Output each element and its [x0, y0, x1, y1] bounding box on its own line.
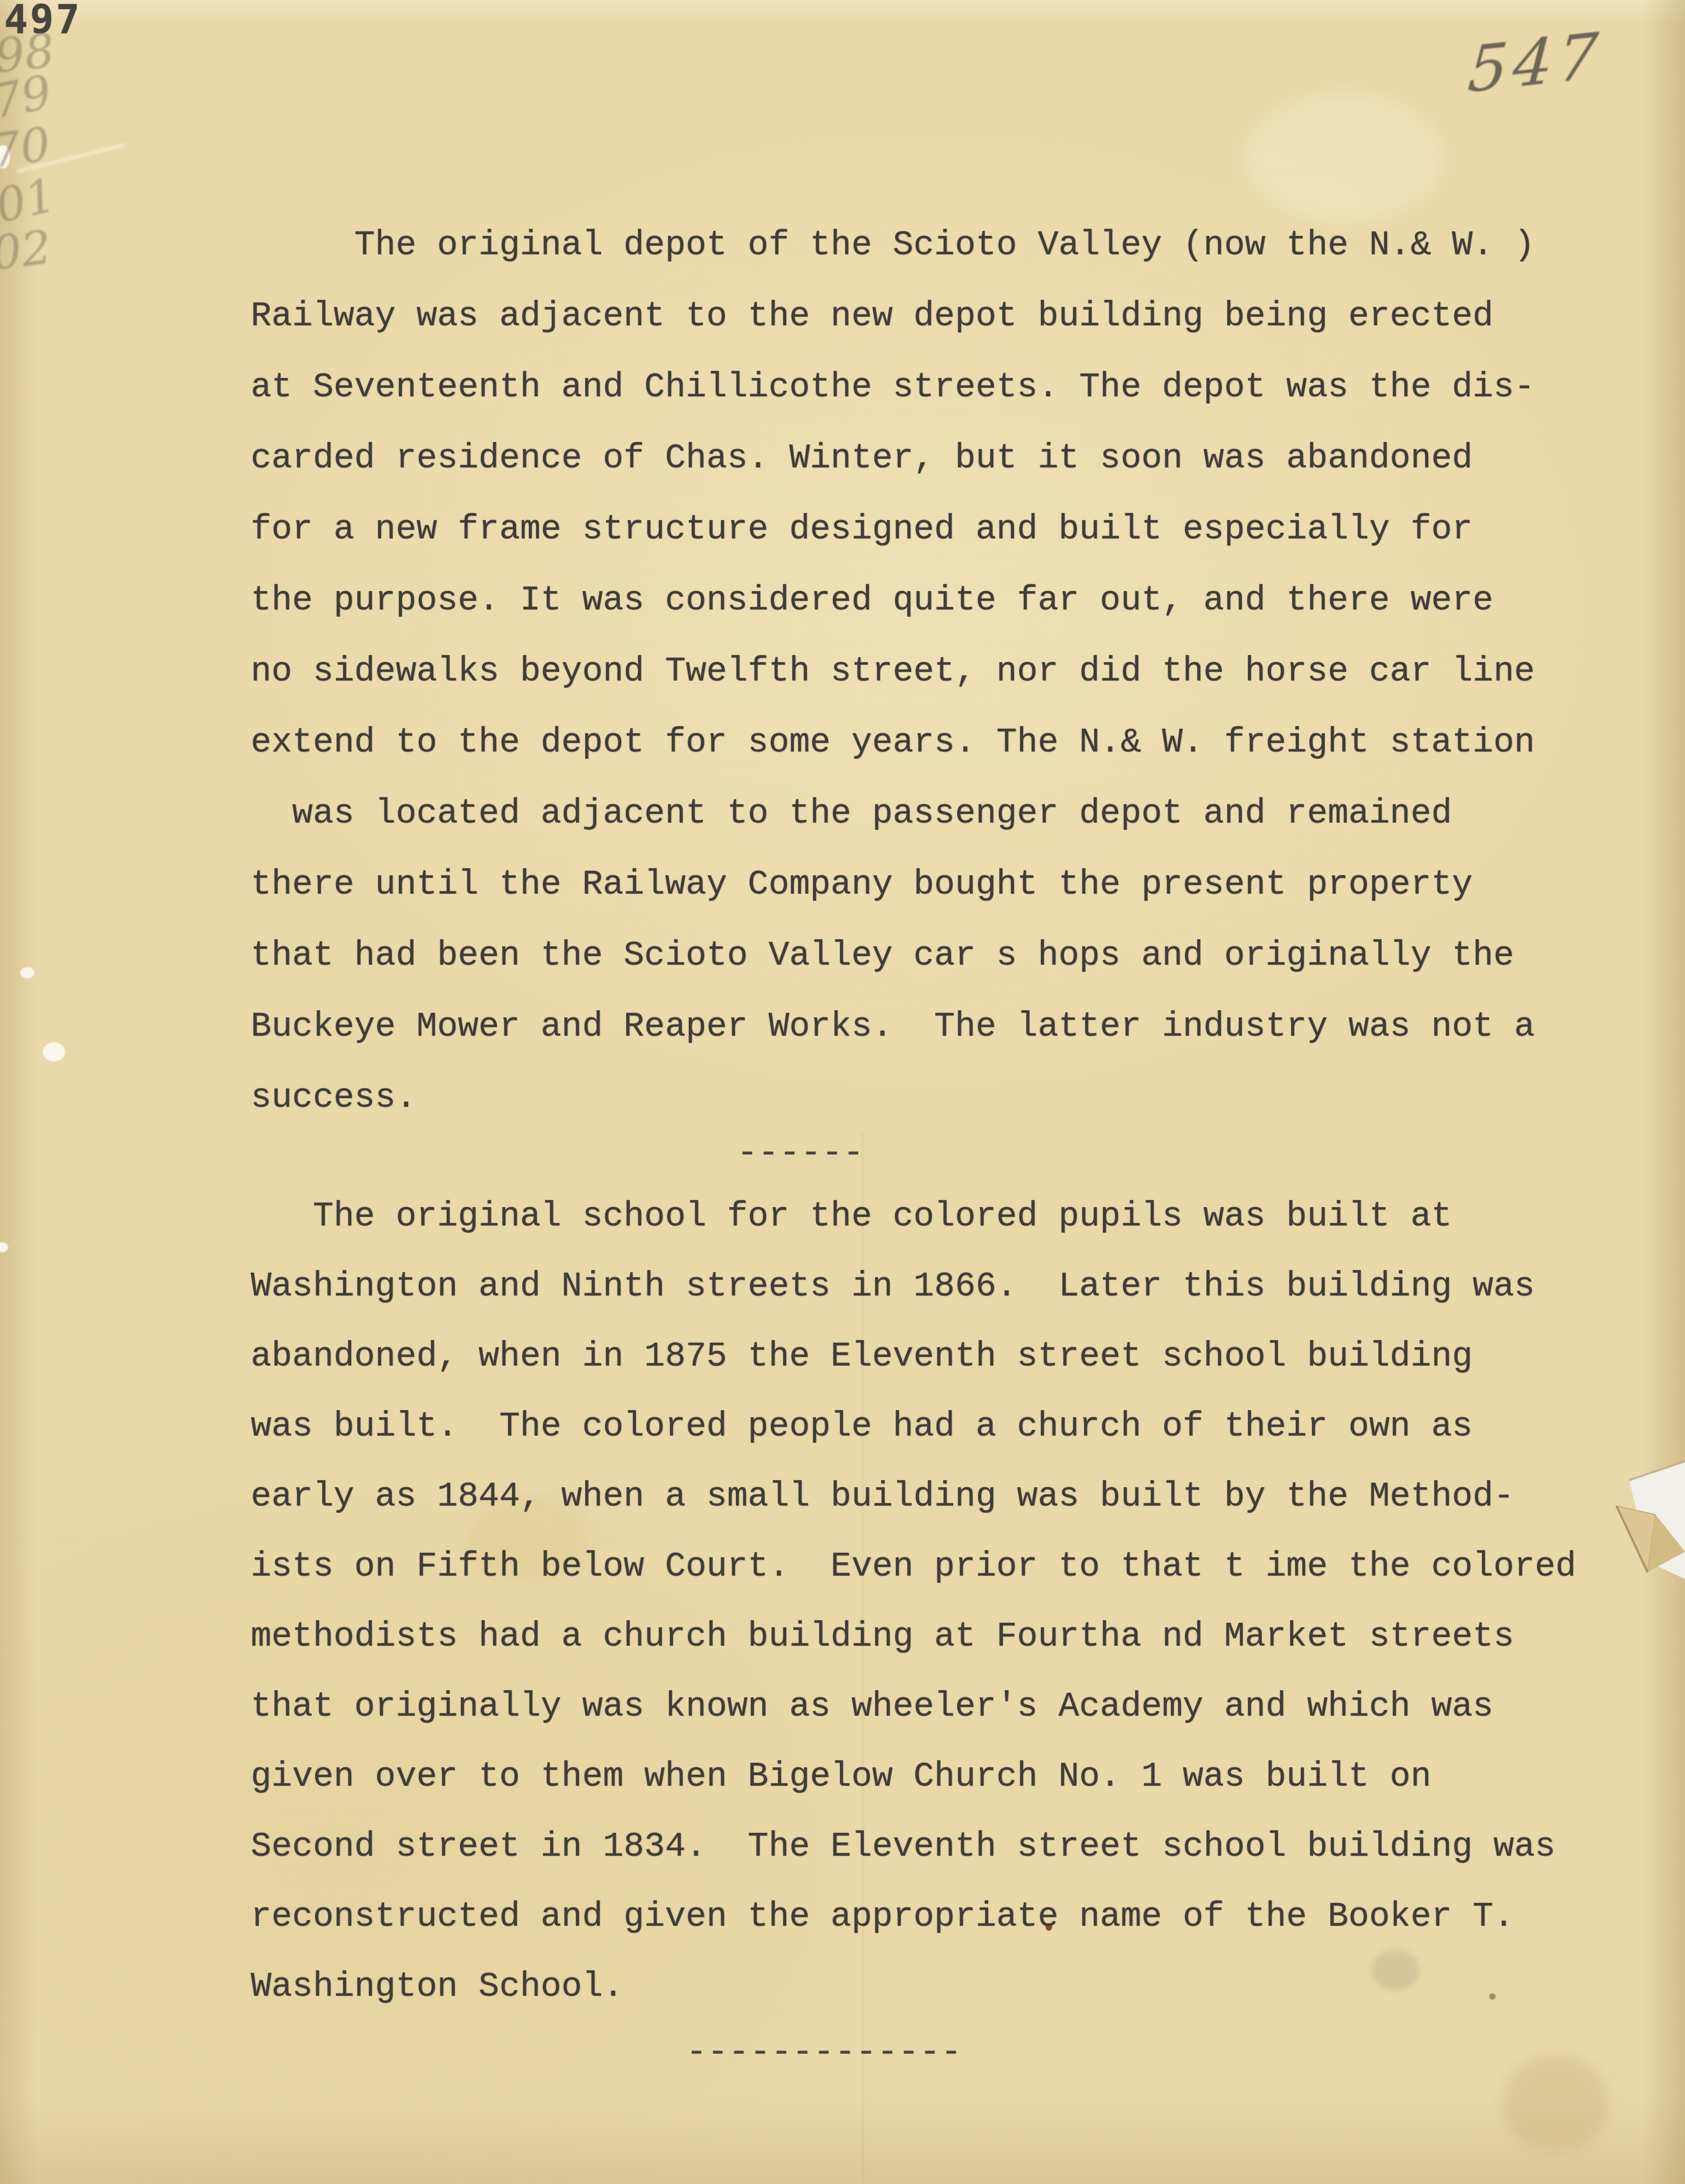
paper-stain [1502, 2055, 1609, 2152]
text-line: the purpose. It was considered quite far… [251, 577, 1493, 624]
text-line: reconstructed and given the appropriate … [251, 1894, 1514, 1940]
text-line: there until the Railway Company bought t… [251, 862, 1473, 908]
text-line: ists on Fifth below Court. Even prior to… [251, 1544, 1576, 1590]
text-line: Second street in 1834. The Eleventh stre… [251, 1824, 1556, 1870]
scanned-typewritten-page: 497 547 98 79 70 01 02 The original depo… [0, 0, 1685, 2184]
text-line: early as 1844, when a small building was… [251, 1474, 1514, 1520]
paper-highlight [1243, 91, 1446, 223]
text-line: Buckeye Mower and Reaper Works. The latt… [251, 1004, 1535, 1050]
text-line: that had been the Scioto Valley car s ho… [251, 933, 1514, 979]
text-line: that originally was known as wheeler's A… [251, 1684, 1493, 1730]
text-line: given over to them when Bigelow Church N… [251, 1754, 1431, 1800]
text-line: no sidewalks beyond Twelfth street, nor … [251, 649, 1535, 695]
paper-damage-speck [43, 1042, 65, 1062]
text-line: for a new frame structure designed and b… [251, 506, 1473, 553]
end-separator: ------------- [686, 2030, 962, 2076]
section-separator: ------ [737, 1131, 864, 1177]
handwritten-page-number: 547 [1466, 19, 1605, 107]
torn-folded-corner [1589, 1436, 1685, 1609]
text-line: was built. The colored people had a chur… [251, 1404, 1473, 1450]
text-line: carded residence of Chas. Winter, but it… [251, 435, 1473, 482]
dark-speck [1489, 1993, 1496, 2000]
text-line: at Seventeenth and Chillicothe streets. … [251, 364, 1535, 411]
text-line: extend to the depot for some years. The … [251, 720, 1535, 766]
text-line: success. [251, 1075, 416, 1121]
text-line: Railway was adjacent to the new depot bu… [251, 293, 1493, 340]
text-line: methodists had a church building at Four… [251, 1614, 1514, 1660]
text-line: was located adjacent to the passenger de… [251, 791, 1452, 837]
paper-damage-speck [20, 967, 35, 978]
paper-damage-speck [0, 1242, 8, 1252]
text-line: The original depot of the Scioto Valley … [251, 222, 1535, 269]
pencil-mark: 02 [0, 220, 54, 281]
text-line: The original school for the colored pupi… [251, 1193, 1452, 1240]
text-line: Washington School. [251, 1964, 624, 2010]
text-line: Washington and Ninth streets in 1866. La… [251, 1264, 1535, 1310]
text-line: abandoned, when in 1875 the Eleventh str… [251, 1334, 1473, 1380]
gray-smudge [1371, 1950, 1420, 1990]
